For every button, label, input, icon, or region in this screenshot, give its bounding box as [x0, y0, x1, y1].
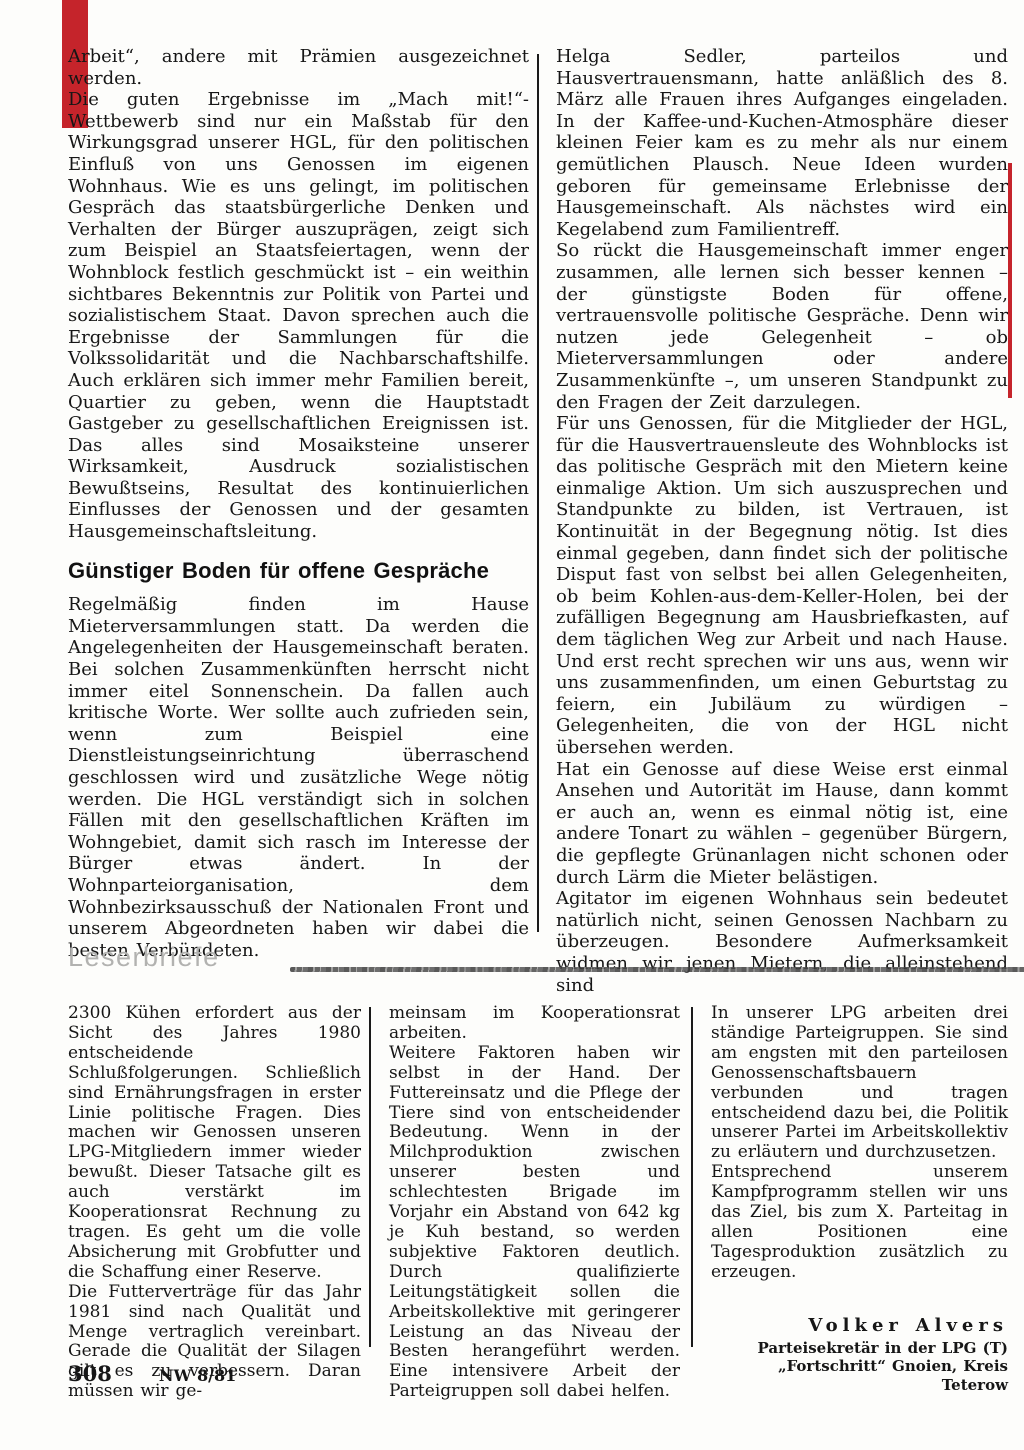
letters-section-title: Leserbriefe [68, 942, 220, 972]
column-divider [691, 1007, 693, 1347]
paragraph: Entsprechend unserem Kampfprogramm stell… [711, 1163, 1008, 1282]
letters-column-2: meinsam im Kooperationsrat arbeiten. Wei… [389, 1004, 680, 1402]
letters-column-1: 2300 Kühen erfordert aus der Sicht des J… [68, 1004, 361, 1402]
paragraph: Hat ein Genosse auf diese Weise erst ein… [556, 759, 1008, 889]
paragraph: Weitere Faktoren haben wir selbst in der… [389, 1044, 680, 1402]
column-divider [537, 54, 539, 932]
article-column-left: Arbeit“, andere mit Prämien ausgezeichne… [68, 46, 529, 961]
paragraph: meinsam im Kooperationsrat arbeiten. [389, 1004, 680, 1044]
signature-name: Volker Alvers [711, 1313, 1008, 1339]
signature-org: „Fortschritt“ Gnoien, Kreis Teterow [711, 1357, 1008, 1394]
paragraph: Regelmäßig finden im Hause Mieterversamm… [68, 594, 529, 961]
decorative-scribble-rule [290, 967, 1024, 972]
page-number: 308 [68, 1361, 112, 1386]
paragraph: Arbeit“, andere mit Prämien ausgezeichne… [68, 46, 529, 89]
page-footer: 308NW 8/81 [68, 1361, 468, 1386]
paragraph: Helga Sedler, parteilos und Hausvertraue… [556, 46, 1008, 240]
scanned-magazine-page: Arbeit“, andere mit Prämien ausgezeichne… [0, 0, 1024, 1450]
column-divider [369, 1007, 371, 1347]
article-column-right: Helga Sedler, parteilos und Hausvertraue… [556, 46, 1008, 996]
issue-label: NW 8/81 [159, 1366, 236, 1385]
letters-section-header: Leserbriefe [68, 942, 1008, 982]
paragraph: In unserer LPG arbeiten drei ständige Pa… [711, 1004, 1008, 1163]
letter-signature: Volker Alvers Parteisekretär in der LPG … [711, 1313, 1008, 1395]
red-margin-line [1008, 163, 1012, 398]
paragraph: 2300 Kühen erfordert aus der Sicht des J… [68, 1004, 361, 1283]
article-subheading: Günstiger Boden für offene Gespräche [68, 560, 529, 582]
letters-column-3: In unserer LPG arbeiten drei ständige Pa… [711, 1004, 1008, 1394]
paragraph: So rückt die Hausgemeinschaft immer enge… [556, 240, 1008, 413]
paragraph: Für uns Genossen, für die Mitglieder der… [556, 413, 1008, 759]
paragraph: Die guten Ergebnisse im „Mach mit!“-Wett… [68, 89, 529, 542]
signature-role: Parteisekretär in der LPG (T) [711, 1339, 1008, 1358]
